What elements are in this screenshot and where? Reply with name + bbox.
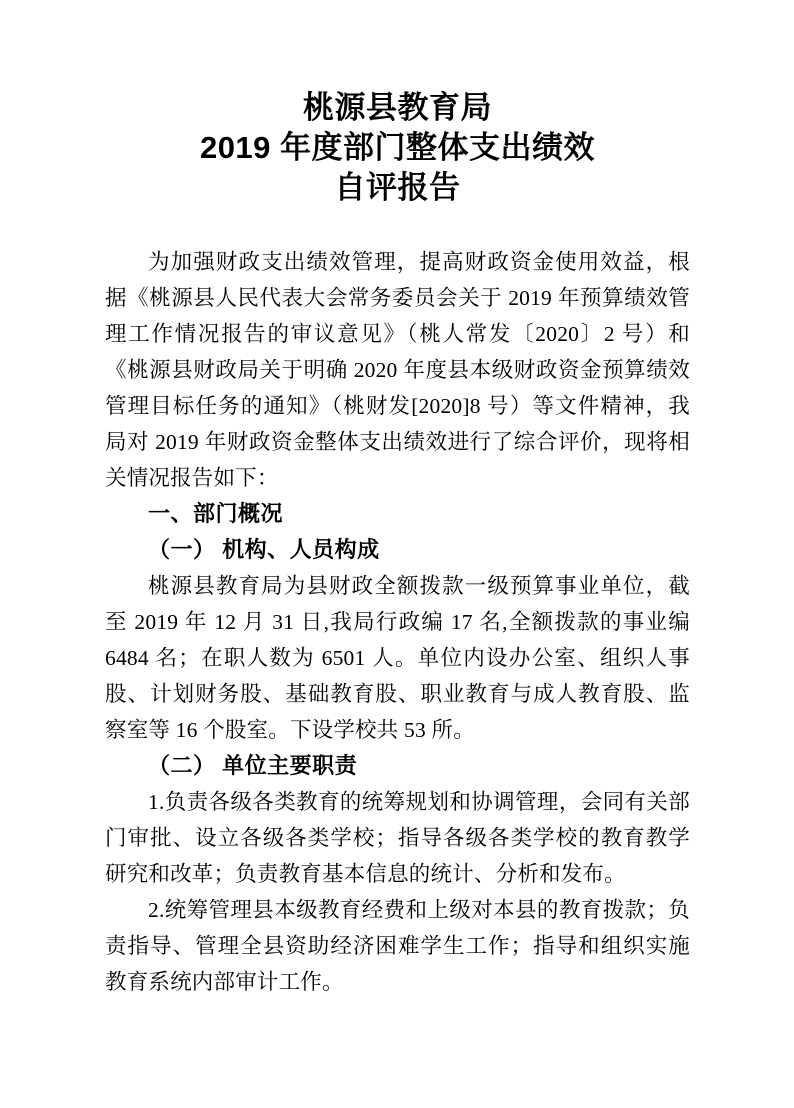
section1-2-duty1-paragraph: 1.负责各级各类教育的统筹规划和协调管理，会同有关部门审批、设立各级各类学校；指… xyxy=(105,784,690,892)
section1-2-duty2-paragraph: 2.统筹管理县本级教育经费和上级对本县的教育拨款；负责指导、管理全县资助经济困难… xyxy=(105,892,690,1000)
title-line-3: 自评报告 xyxy=(105,168,690,208)
document-title: 桃源县教育局 2019 年度部门整体支出绩效 自评报告 xyxy=(105,88,690,208)
section1-1-heading: （一） 机构、人员构成 xyxy=(105,532,690,568)
section1-2-heading: （二） 单位主要职责 xyxy=(105,748,690,784)
intro-paragraph: 为加强财政支出绩效管理，提高财政资金使用效益，根据《桃源县人民代表大会常务委员会… xyxy=(105,244,690,496)
document-content: 桃源县教育局 2019 年度部门整体支出绩效 自评报告 为加强财政支出绩效管理，… xyxy=(0,0,794,1000)
title-line-1: 桃源县教育局 xyxy=(105,88,690,128)
section1-heading: 一、部门概况 xyxy=(105,496,690,532)
document-page: 桃源县教育局 2019 年度部门整体支出绩效 自评报告 为加强财政支出绩效管理，… xyxy=(0,0,794,1108)
title-line-2: 2019 年度部门整体支出绩效 xyxy=(105,128,690,168)
section1-1-paragraph: 桃源县教育局为县财政全额拨款一级预算事业单位，截至 2019 年 12 月 31… xyxy=(105,568,690,748)
